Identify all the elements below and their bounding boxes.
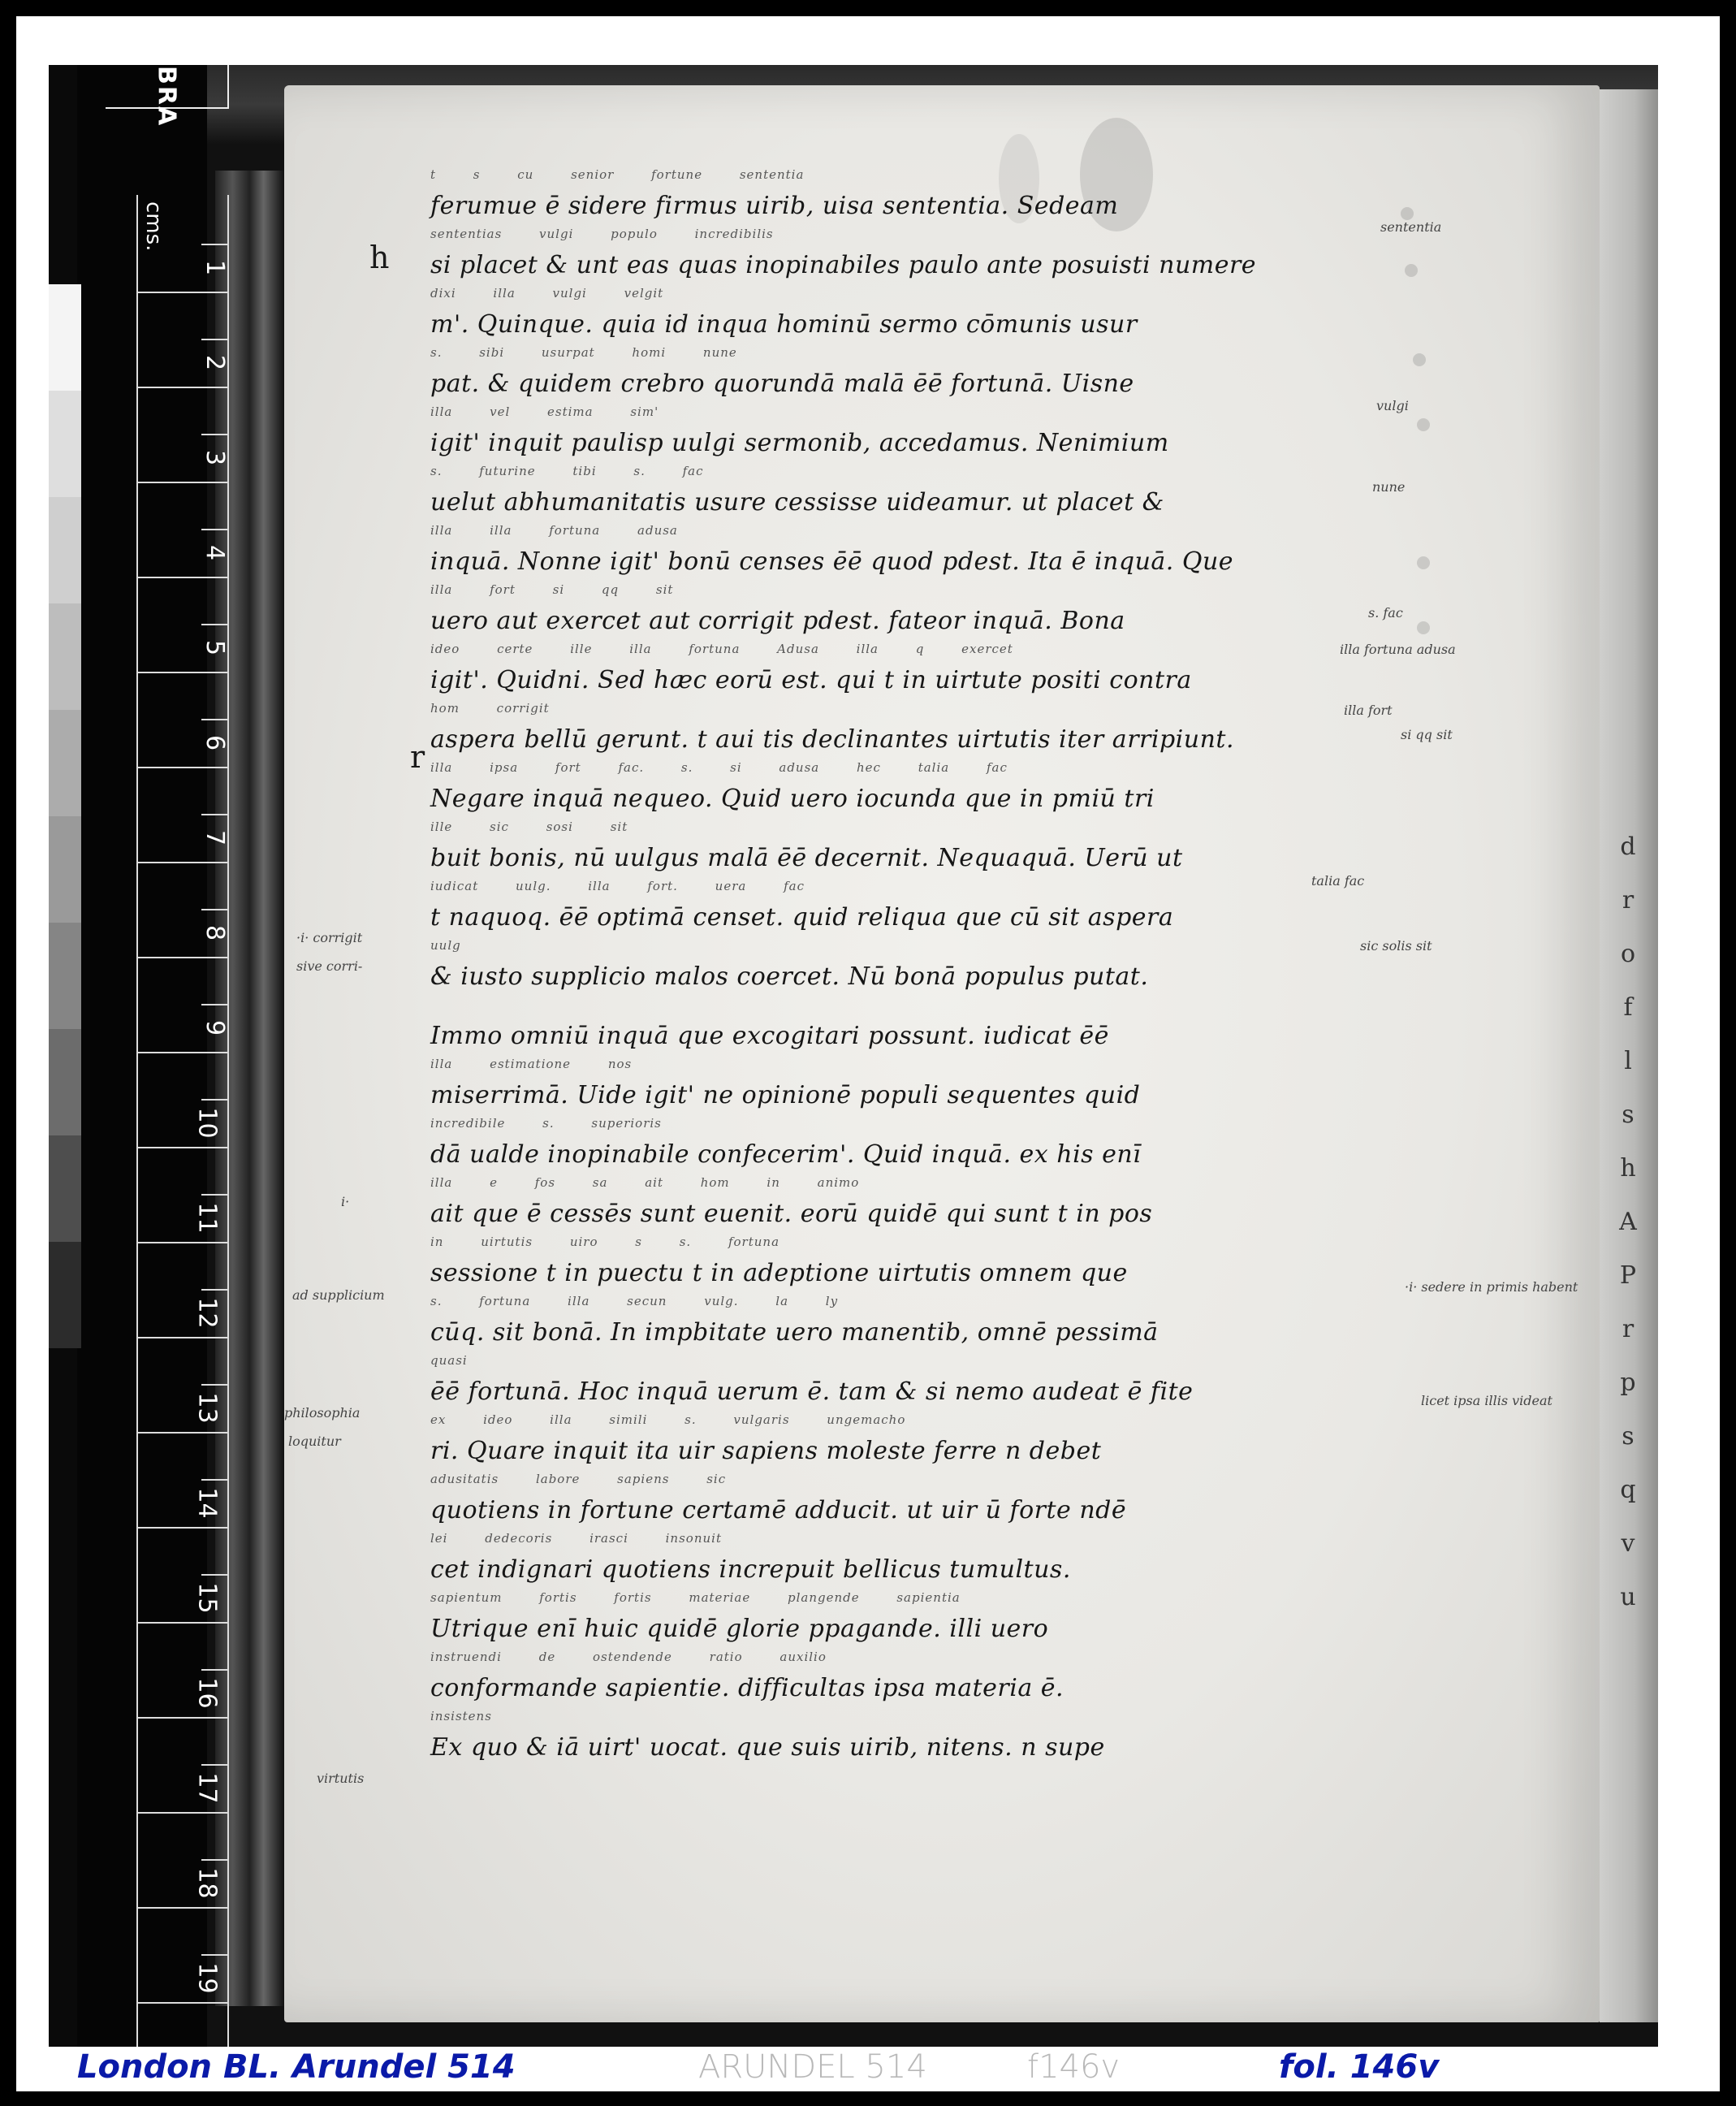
left-margin-note: ·i· corrigit	[296, 930, 362, 945]
ruler-minor-tick	[201, 1669, 227, 1671]
left-margin-note: i·	[341, 1194, 349, 1209]
interlinear-gloss: iudicat uulg. illa fort. uera fac	[430, 879, 1470, 893]
interlinear-gloss: hom corrigit	[430, 701, 1470, 716]
manuscript-line-text: Negare inquā nequeo. Quid uero iocunda q…	[430, 785, 1155, 813]
ruler-tick-label: 10	[192, 1107, 221, 1138]
ruler-major-tick	[138, 292, 227, 293]
interlinear-gloss: t s cu senior fortune sententia	[430, 167, 1470, 182]
left-margin-note: sive corri-	[296, 958, 362, 974]
manuscript-line-text: dā ualde inopinabile confecerim'. Quid i…	[430, 1140, 1141, 1169]
caption-pencil-folio: f146v	[1027, 2048, 1120, 2086]
interlinear-gloss: s. fortuna illa secun vulg. la ly	[430, 1294, 1470, 1308]
ruler-tick-label: 14	[192, 1487, 221, 1518]
ruler-major-tick	[138, 1812, 227, 1814]
manuscript-line-text: quotiens in fortune certamē adducit. ut …	[430, 1496, 1126, 1524]
grayscale-calibration-strip	[49, 284, 81, 1348]
ruler-major-tick	[138, 1052, 227, 1053]
ruler-tick-label: 18	[192, 1867, 221, 1898]
ruler-tick-label: 8	[201, 925, 229, 941]
interlinear-gloss: lei dedecoris irasci insonuit	[430, 1531, 1470, 1546]
grayscale-patch	[49, 1029, 81, 1135]
ruler-minor-tick	[201, 529, 227, 530]
adjacent-leaf-letters: droflshAPrpsqvu	[1608, 820, 1648, 1624]
left-margin-note: virtutis	[317, 1771, 364, 1786]
ruler-tick-label: 4	[201, 545, 229, 560]
interlinear-gloss: s. sibi usurpat homi nune	[430, 345, 1470, 360]
grayscale-patch	[49, 391, 81, 497]
ruler-minor-tick	[201, 434, 227, 435]
ruler-major-tick	[138, 862, 227, 863]
caption-pencil-shelfmark: ARUNDEL 514	[698, 2048, 927, 2086]
ruler-minor-tick	[201, 909, 227, 910]
manuscript-line-text: sessione t in puectu t in adeptione uirt…	[430, 1259, 1128, 1287]
manuscript-line-text: igit'. Quidni. Sed hæc eorū est. qui t i…	[430, 666, 1192, 694]
interlinear-gloss: in uirtutis uiro s s. fortuna	[430, 1235, 1470, 1249]
manuscript-line-text: pat. & quidem crebro quorundā malā ēē fo…	[430, 370, 1134, 398]
grayscale-patch	[49, 710, 81, 816]
ruler-minor-tick	[201, 1859, 227, 1861]
ruler-minor-tick	[201, 1099, 227, 1101]
manuscript-line-text: buit bonis, nū uulgus malā ēē decernit. …	[430, 844, 1183, 872]
grayscale-patch	[49, 816, 81, 923]
ruler-minor-tick	[201, 1004, 227, 1005]
ruler-tick-label: 9	[201, 1020, 229, 1036]
manuscript-line-text: cūq. sit bonā. In impbitate uero manenti…	[430, 1318, 1159, 1347]
caption-folio: fol. 146v	[1279, 2048, 1439, 2086]
ruler-tick-label: 2	[201, 355, 229, 370]
ruler-major-tick	[138, 482, 227, 483]
left-margin-note: philosophia	[284, 1405, 360, 1421]
caption-shelfmark: London BL. Arundel 514	[77, 2048, 516, 2086]
manuscript-line-text: ait que ē cessēs sunt euenit. eorū quidē…	[430, 1200, 1152, 1228]
interlinear-gloss: sententias vulgi populo incredibilis	[430, 227, 1470, 241]
manuscript-line-text: conformande sapientie. difficultas ipsa …	[430, 1674, 1064, 1702]
ruler-major-tick	[138, 1717, 227, 1719]
ruler-minor-tick	[201, 624, 227, 625]
ruler-major-tick	[138, 1432, 227, 1434]
ruler-major-tick	[138, 1242, 227, 1243]
manuscript-text-block: t s cu senior fortune sententiaferumue ē…	[430, 187, 1470, 1788]
ruler-minor-tick	[201, 1764, 227, 1766]
margin-mark-r: r	[410, 739, 425, 775]
ruler-brand-box: LIBRA	[106, 65, 229, 109]
ruler-tick-label: 7	[201, 830, 229, 845]
ruler-major-tick	[138, 1147, 227, 1148]
manuscript-line-text: & iusto supplicio malos coercet. Nū bonā…	[430, 962, 1148, 991]
interlinear-gloss: illa estimatione nos	[430, 1057, 1470, 1071]
interlinear-gloss: illa illa fortuna adusa	[430, 523, 1470, 538]
manuscript-line-text: Immo omniū inquā que excogitari possunt.…	[430, 1022, 1109, 1050]
manuscript-line-text: uero aut exercet aut corrigit pdest. fat…	[430, 607, 1125, 635]
interlinear-gloss: s. futurine tibi s. fac	[430, 464, 1470, 478]
measurement-ruler: LIBRA cms. 12345678910111213141516171819…	[77, 65, 207, 2047]
interlinear-gloss: uulg	[430, 938, 1470, 953]
ruler-major-tick	[138, 577, 227, 578]
interlinear-gloss: sapientum fortis fortis materiae plangen…	[430, 1590, 1470, 1605]
manuscript-line-text: Ex quo & iā uirt' uocat. que suis uirib,…	[430, 1733, 1105, 1762]
manuscript-line-text: Utrique enī huic quidē glorie ppagande. …	[430, 1615, 1048, 1643]
interlinear-gloss: illa ipsa fort fac. s. si adusa hec tali…	[430, 760, 1470, 775]
manuscript-line-text: inquā. Nonne igit' bonū censes ēē quod p…	[430, 547, 1233, 576]
interlinear-gloss: instruendi de ostendende ratio auxilio	[430, 1650, 1470, 1664]
ruler-major-tick	[138, 672, 227, 673]
ruler-major-tick	[138, 1907, 227, 1909]
grayscale-patch	[49, 1135, 81, 1242]
manuscript-photograph: LIBRA cms. 12345678910111213141516171819…	[49, 65, 1658, 2047]
ruler-minor-tick	[201, 719, 227, 720]
adjacent-leaf-edge: droflshAPrpsqvu	[1600, 89, 1658, 2022]
ruler-major-tick	[138, 1337, 227, 1338]
grayscale-patch	[49, 603, 81, 710]
ruler-minor-tick	[201, 339, 227, 340]
grayscale-patch	[49, 923, 81, 1029]
ruler-brand: LIBRA	[153, 65, 181, 144]
manuscript-line-text: ri. Quare inquit ita uir sapiens moleste…	[430, 1437, 1101, 1465]
ruler-tick-label: 12	[192, 1297, 221, 1328]
manuscript-line-text: m'. Quinque. quia id inqua hominū sermo …	[430, 310, 1138, 339]
ruler-major-tick	[138, 767, 227, 768]
ruler-tick-label: 15	[192, 1582, 221, 1613]
ruler-minor-tick	[201, 244, 227, 245]
manuscript-line-text: aspera bellū gerunt. t aui tis declinant…	[430, 725, 1234, 754]
manuscript-line-text: igit' inquit paulisp uulgi sermonib, acc…	[430, 429, 1169, 457]
grayscale-patch	[49, 1242, 81, 1348]
manuscript-line-text: cet indignari quotiens increpuit bellicu…	[430, 1555, 1071, 1584]
ruler-major-tick	[138, 1527, 227, 1529]
ruler-tick-label: 17	[192, 1772, 221, 1803]
ruler-tick-label: 13	[192, 1392, 221, 1423]
margin-mark-h: h	[369, 240, 389, 275]
ruler-minor-tick	[201, 1384, 227, 1386]
interlinear-gloss: ideo certe ille illa fortuna Adusa illa …	[430, 642, 1470, 656]
ruler-major-tick	[138, 2002, 227, 2004]
ruler-tick-label: 16	[192, 1677, 221, 1708]
ruler-major-tick	[138, 1622, 227, 1624]
ruler-minor-tick	[201, 1289, 227, 1291]
interlinear-gloss: dixi illa vulgi velgit	[430, 286, 1470, 301]
manuscript-line: insistensEx quo & iā uirt' uocat. que su…	[430, 1728, 1470, 1788]
ruler-tick-label: 6	[201, 735, 229, 750]
manuscript-line: uulg& iusto supplicio malos coercet. Nū …	[430, 958, 1470, 1017]
ruler-tick-label: 11	[192, 1202, 221, 1233]
ruler-tick-label: 19	[192, 1962, 221, 1993]
interlinear-gloss: illa fort si qq sit	[430, 582, 1470, 597]
ruler-unit: cms.	[141, 201, 166, 251]
ruler-tick-label: 3	[201, 450, 229, 465]
manuscript-line-text: uelut abhumanitatis usure cessisse uidea…	[430, 488, 1164, 517]
manuscript-line-text: si placet & unt eas quas inopinabiles pa…	[430, 251, 1256, 279]
ruler-scale: cms. 1234567891011121314151617181920	[136, 195, 229, 2047]
interlinear-gloss: insistens	[430, 1709, 1470, 1723]
interlinear-gloss: illa vel estima sim'	[430, 404, 1470, 419]
ruler-minor-tick	[201, 1479, 227, 1481]
ruler-tick-label: 1	[201, 260, 229, 275]
archive-caption: London BL. Arundel 514 ARUNDEL 514 f146v…	[16, 2047, 1720, 2091]
manuscript-line-text: ēē fortunā. Hoc inquā uerum ē. tam & si …	[430, 1377, 1193, 1406]
left-margin-note: ad supplicium	[292, 1287, 385, 1303]
left-margin-note: loquitur	[288, 1434, 341, 1449]
grayscale-patch	[49, 284, 81, 391]
ruler-minor-tick	[201, 814, 227, 815]
interlinear-gloss: ille sic sosi sit	[430, 819, 1470, 834]
ruler-major-tick	[138, 957, 227, 958]
ruler-minor-tick	[201, 1194, 227, 1196]
grayscale-patch	[49, 497, 81, 603]
interlinear-gloss: incredibile s. superioris	[430, 1116, 1470, 1131]
interlinear-gloss: quasi	[430, 1353, 1470, 1368]
interlinear-gloss: illa e fos sa ait hom in animo	[430, 1175, 1470, 1190]
manuscript-line-text: ferumue ē sidere firmus uirib, uisa sent…	[430, 192, 1118, 220]
ruler-minor-tick	[201, 1954, 227, 1956]
ruler-tick-label: 5	[201, 640, 229, 655]
manuscript-line-text: t naquoq. ēē optimā censet. quid reliqua…	[430, 903, 1173, 932]
ruler-minor-tick	[201, 1574, 227, 1576]
manuscript-line-text: miserrimā. Uide igit' ne opinionē populi…	[430, 1081, 1140, 1109]
interlinear-gloss: ex ideo illa simili s. vulgaris ungemach…	[430, 1412, 1470, 1427]
ruler-major-tick	[138, 387, 227, 388]
interlinear-gloss: adusitatis labore sapiens sic	[430, 1472, 1470, 1486]
